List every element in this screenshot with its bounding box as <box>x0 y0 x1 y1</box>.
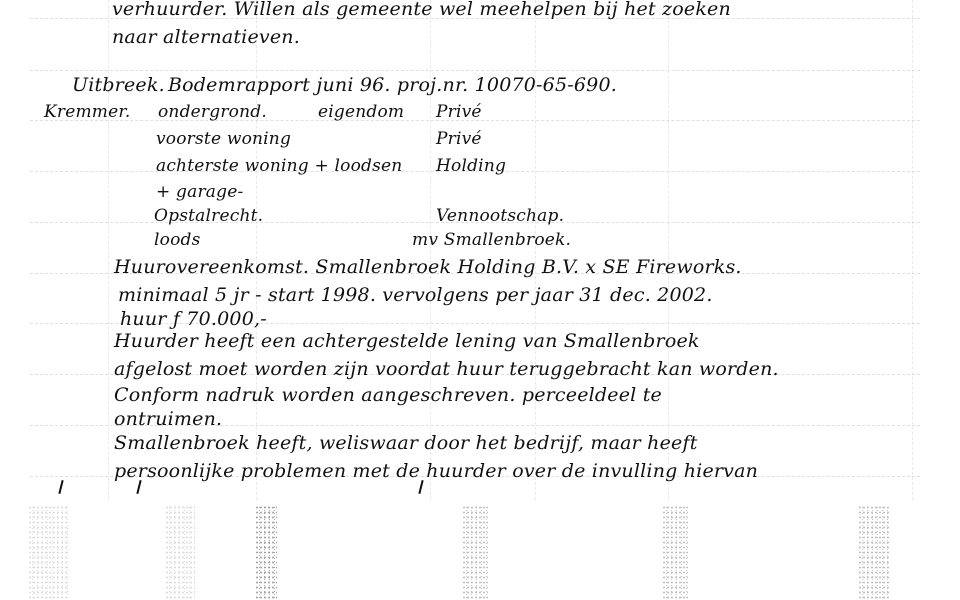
report-reference: Bodemrapport juni 96. proj.nr. 10070-65-… <box>168 76 617 95</box>
paragraph-line: persoonlijke problemen met de huurder ov… <box>114 462 758 481</box>
grid-line <box>30 70 920 71</box>
intro-line: naar alternatieven. <box>112 28 300 47</box>
ownership-owner: Holding <box>436 158 506 175</box>
scan-artifact <box>255 505 277 600</box>
scan-artifact <box>858 505 890 600</box>
intro-line: verhuurder. Willen als gemeente wel meeh… <box>112 0 731 19</box>
paragraph-line: ontruimen. <box>114 410 222 429</box>
paragraph-line: Huurder heeft een achtergestelde lening … <box>114 332 700 351</box>
ownership-owner: mv Smallenbroek. <box>412 232 571 249</box>
grid-line <box>668 0 669 500</box>
scan-artifact <box>165 505 195 600</box>
scan-artifact <box>28 505 68 600</box>
ownership-item: + garage- <box>156 184 243 201</box>
scan-artifact <box>462 505 488 600</box>
ownership-item: Opstalrecht. <box>154 208 263 225</box>
ownership-owner: Vennootschap. <box>436 208 564 225</box>
ownership-owner: Privé <box>436 131 482 148</box>
paragraph-line: Conform nadruk worden aangeschreven. per… <box>114 386 662 405</box>
margin-label: Kremmer. <box>44 104 130 121</box>
ownership-item: loods <box>154 232 201 249</box>
ownership-middle: eigendom <box>318 104 404 121</box>
scanned-handwritten-page: verhuurder. Willen als gemeente wel meeh… <box>0 0 960 600</box>
scan-artifact <box>662 505 688 600</box>
ownership-item: voorste woning <box>156 131 291 148</box>
ownership-item: ondergrond. <box>158 104 267 121</box>
grid-line <box>912 0 913 500</box>
pen-stroke <box>418 480 423 494</box>
section-heading: Uitbreek. <box>72 76 165 95</box>
ownership-item: achterste woning + loodsen <box>156 158 402 175</box>
lease-rent: huur ƒ 70.000,- <box>120 310 267 329</box>
lease-line: minimaal 5 jr - start 1998. vervolgens p… <box>118 286 713 305</box>
lease-line: Huurovereenkomst. Smallenbroek Holding B… <box>114 258 742 277</box>
paragraph-line: Smallenbroek heeft, weliswaar door het b… <box>114 434 698 453</box>
pen-stroke <box>136 480 141 494</box>
ownership-owner: Privé <box>436 104 482 121</box>
pen-stroke <box>58 480 63 494</box>
paragraph-line: afgelost moet worden zijn voordat huur t… <box>114 360 779 379</box>
